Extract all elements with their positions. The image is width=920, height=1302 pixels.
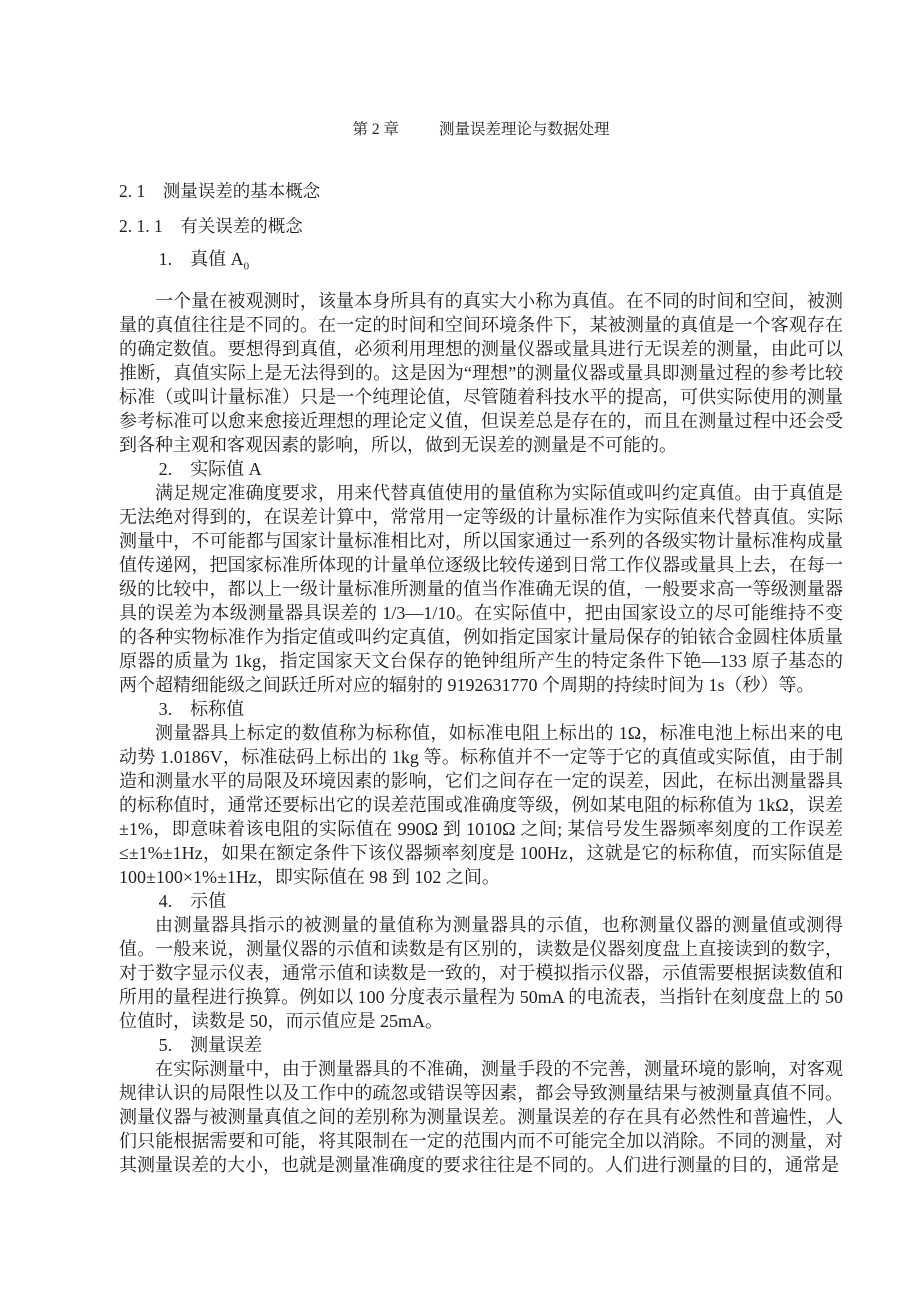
- item-heading-indicated-value: 4. 示值: [119, 889, 843, 913]
- paragraph-indicated-value: 由测量器具指示的被测量的量值称为测量器具的示值，也称测量仪器的测量值或测得值。一…: [119, 913, 843, 1033]
- chapter-number: 第 2 章: [352, 121, 399, 138]
- item-heading-true-value-label: 1. 真值 A: [159, 249, 244, 269]
- document-page: 第 2 章测量误差理论与数据处理 2. 1 测量误差的基本概念 2. 1. 1 …: [0, 0, 920, 1302]
- chapter-name: 测量误差理论与数据处理: [439, 121, 610, 138]
- paragraph-nominal-value: 测量器具上标定的数值称为标称值，如标准电阻上标出的 1Ω，标准电池上标出来的电动…: [119, 721, 843, 889]
- subsection-heading: 2. 1. 1 有关误差的概念: [119, 214, 843, 238]
- item-heading-nominal-value: 3. 标称值: [119, 697, 843, 721]
- item-heading-actual-value: 2. 实际值 A: [119, 457, 843, 481]
- paragraph-true-value: 一个量在被观测时，该量本身所具有的真实大小称为真值。在不同的时间和空间，被测量的…: [119, 289, 843, 457]
- true-value-subscript: 0: [244, 261, 250, 273]
- section-heading: 2. 1 测量误差的基本概念: [119, 179, 843, 203]
- paragraph-measurement-error: 在实际测量中，由于测量器具的不准确，测量手段的不完善，测量环境的影响，对客观规律…: [119, 1057, 843, 1177]
- chapter-title: 第 2 章测量误差理论与数据处理: [119, 118, 843, 142]
- paragraph-actual-value: 满足规定准确度要求，用来代替真值使用的量值称为实际值或叫约定真值。由于真值是无法…: [119, 481, 843, 697]
- item-heading-measurement-error: 5. 测量误差: [119, 1033, 843, 1057]
- item-heading-true-value: 1. 真值 A0: [119, 247, 843, 271]
